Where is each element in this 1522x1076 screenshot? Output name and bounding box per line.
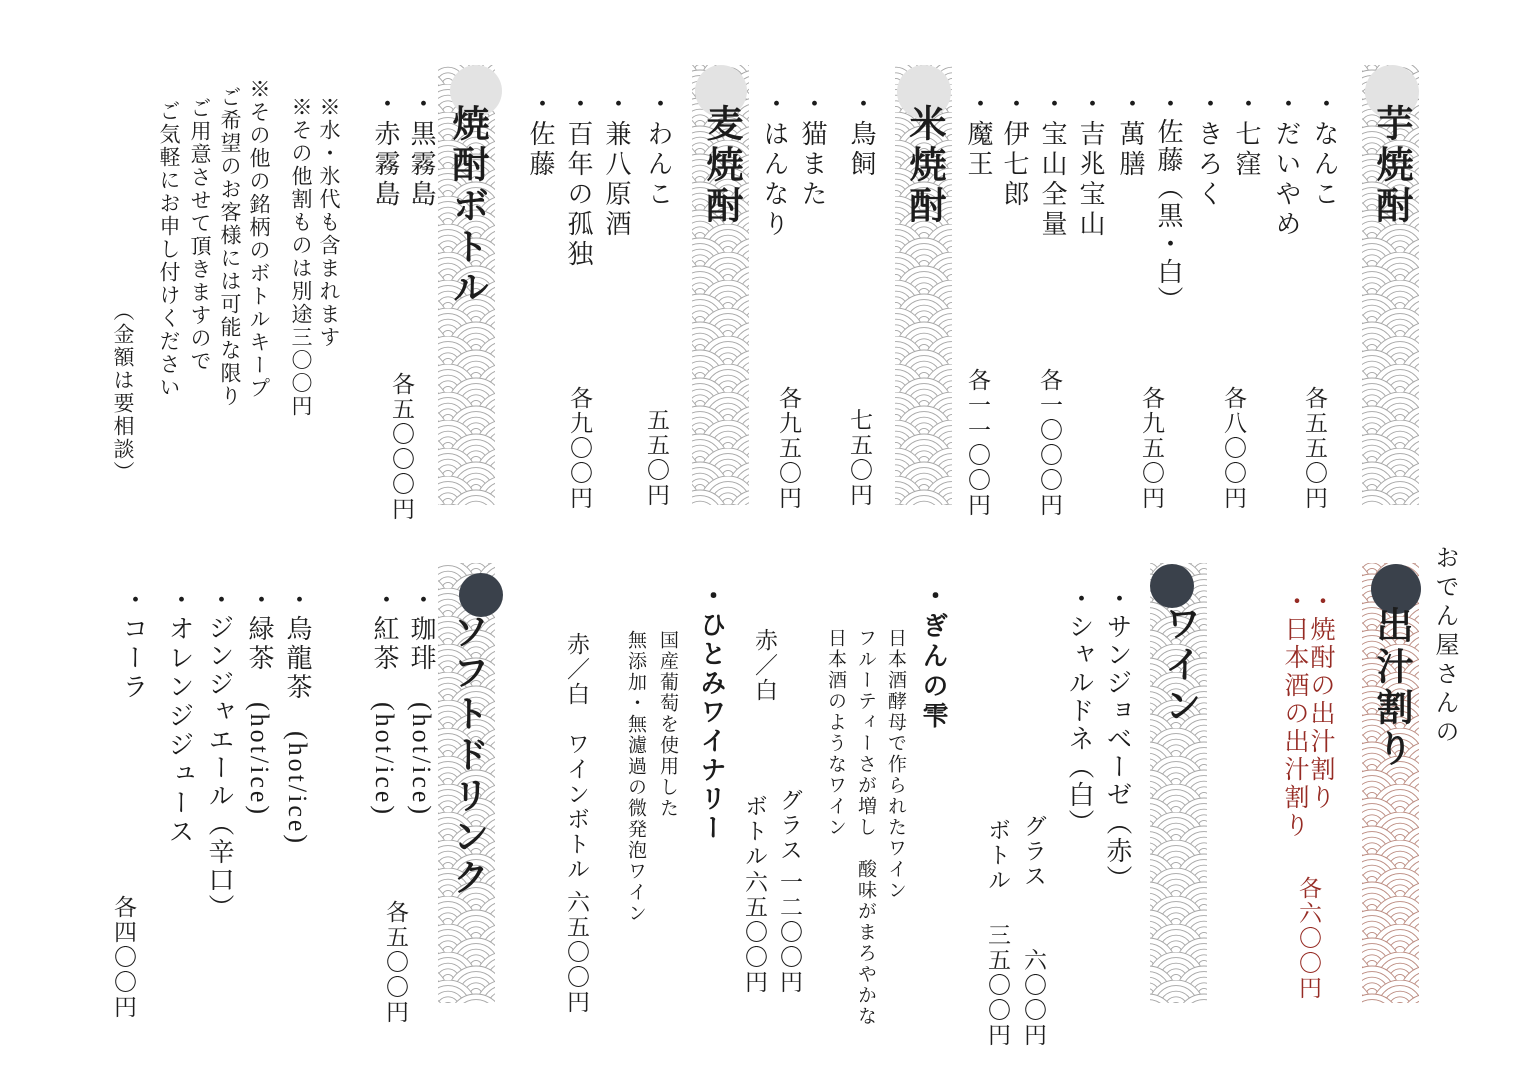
wine-item: ・シャルドネ（白） (1066, 585, 1092, 837)
note-line: ご用意させて頂きますので (189, 97, 210, 373)
glass-price: 六〇〇円 (1022, 948, 1045, 1048)
bottle-item: ・黒霧島 (408, 90, 434, 210)
soft-price: 各五〇〇円 (384, 900, 407, 1025)
imo-item: ・七窪 (1233, 90, 1259, 180)
glass-label: グラス (777, 788, 802, 863)
dashi-wari-prefix: おでん屋さんの (1432, 545, 1456, 748)
circle-wine-icon (1150, 564, 1194, 608)
note-line: ※その他割ものは別途三〇〇円 (290, 96, 311, 418)
wine-bottle-price: ボトル 三五〇〇円 (986, 818, 1009, 1048)
imo-shochu-title: 芋焼酎 (1372, 104, 1409, 227)
soft-item: ・緑茶 (hot/ice) (246, 586, 272, 817)
hitomi-desc: 無添加・無濾過の微発泡ワイン (626, 630, 645, 924)
imo-item: ・佐藤（黒・白） (1155, 90, 1181, 314)
bottle-price: 各五〇〇〇円 (390, 372, 413, 522)
gin-variant: 赤／白 (753, 628, 776, 703)
bottle-price: 六五〇〇円 (743, 870, 766, 995)
soft-drink-title: ソフトドリンク (448, 612, 485, 899)
mugi-item: ・佐藤 (527, 90, 553, 180)
mugi-price: 五五〇円 (645, 408, 668, 508)
kome-shochu-title: 米焼酎 (905, 104, 942, 227)
imo-price: 各一一〇〇円 (966, 368, 989, 518)
imo-price: 各九五〇円 (1140, 386, 1163, 511)
imo-item: ・きろく (1195, 90, 1221, 210)
kome-item: ・はんなり (761, 90, 787, 240)
bottle-label: ボトル (985, 818, 1010, 893)
hitomi-winery-name: ・ひとみワイナリー (698, 582, 724, 843)
soft-item: ・紅茶 (hot/ice) (371, 586, 397, 817)
dashi-item: ・日本酒の出汁割り (1282, 588, 1307, 840)
glass-price: 一二〇〇円 (778, 870, 801, 995)
note-line: （金額は要相談） (112, 300, 133, 484)
imo-item: ・吉兆宝山 (1077, 90, 1103, 240)
dashi-price: 各六〇〇円 (1297, 876, 1320, 1001)
gin-desc: 日本酒酵母で作られたワイン (886, 628, 905, 901)
glass-label: グラス (1021, 814, 1046, 889)
mugi-shochu-title: 麦焼酎 (702, 104, 739, 227)
kome-item: ・鳥飼 (848, 90, 874, 180)
imo-item: ・萬膳 (1117, 90, 1143, 180)
gin-bottle-price: ボトル 六五〇〇円 (743, 794, 766, 995)
imo-item: ・宝山全量 (1039, 90, 1065, 240)
mugi-item: ・兼八原酒 (603, 90, 629, 240)
gin-desc: 日本酒のようなワイン (826, 628, 845, 838)
imo-item: ・魔王 (965, 90, 991, 180)
note-line: ※その他の銘柄のボトルキープ (248, 78, 269, 400)
kome-price: 各九五〇円 (777, 386, 800, 511)
imo-price: 各一〇〇〇円 (1038, 368, 1061, 518)
soft-item: ・オレンジジュース (166, 586, 192, 847)
shochu-bottle-title: 焼酎ボトル (448, 104, 485, 309)
wine-glass-price: グラス 六〇〇円 (1022, 814, 1045, 1048)
bottle-label: ボトル (742, 794, 767, 869)
imo-item: ・伊七郎 (1001, 90, 1027, 210)
kome-price: 七五〇円 (848, 408, 871, 508)
mugi-item: ・わんこ (645, 90, 671, 210)
mugi-item: ・百年の孤独 (565, 90, 591, 270)
soft-price: 各四〇〇円 (112, 895, 135, 1020)
drink-menu-page: 芋焼酎 ・なんこ ・だいやめ 各五五〇円 ・七窪 ・きろく 各八〇〇円 ・佐藤（… (0, 0, 1522, 1076)
soft-item: ・コーラ (120, 586, 146, 702)
kome-item: ・猫また (799, 90, 825, 210)
soft-item: ・珈琲 (hot/ice) (408, 586, 434, 817)
hitomi-desc: 国産葡萄を使用した (658, 630, 677, 819)
bottle-item: ・赤霧島 (372, 90, 398, 210)
dashi-item: ・焼酎の出汁割り (1308, 588, 1333, 812)
mugi-price: 各九〇〇円 (568, 386, 591, 511)
soft-item: ・ジンジャエール（辛口） (206, 586, 232, 922)
note-line: ※水・氷代も含まれます (318, 96, 339, 349)
dashi-wari-title: 出汁割り (1372, 606, 1409, 770)
imo-price: 各八〇〇円 (1222, 386, 1245, 511)
bottle-price: 六五〇〇円 (565, 890, 588, 1015)
wine-item: ・サンジョベーゼ（赤） (1104, 585, 1130, 893)
hitomi-variant-price: 赤／白 ワインボトル 六五〇〇円 (565, 632, 588, 1015)
gin-glass-price: グラス 一二〇〇円 (778, 788, 801, 995)
gin-desc: フルーティーさが増し 酸味がまろやかな (856, 628, 875, 1027)
gin-no-shizuku-name: ・ぎんの雫 (920, 582, 946, 732)
soft-item: ・烏龍茶 (hot/ice) (284, 586, 310, 846)
imo-item: ・だいやめ (1273, 90, 1299, 240)
imo-price: 各五五〇円 (1303, 386, 1326, 511)
circle-soft-drink-icon (459, 573, 503, 617)
imo-item: ・なんこ (1311, 90, 1337, 210)
note-line: ご希望のお客様には可能な限り (219, 86, 240, 408)
wine-title: ワイン (1160, 604, 1197, 727)
variant-label: 赤／白 ワインボトル (564, 632, 589, 882)
note-line: ご気軽にお申し付けください (158, 100, 179, 399)
bottle-price: 三五〇〇円 (986, 923, 1009, 1048)
